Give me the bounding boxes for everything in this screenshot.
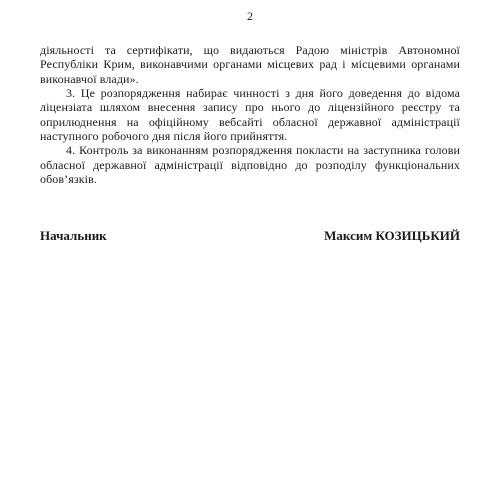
- text-line: виконавчої влади».: [40, 72, 460, 86]
- text-line: наступного робочого дня після його прийн…: [40, 129, 460, 143]
- text-line: 4. Контроль за виконанням розпорядження …: [40, 143, 460, 157]
- text-line: обов’язків.: [40, 172, 460, 186]
- document-body: діяльності та сертифікати, що видаються …: [40, 43, 460, 186]
- text-line: Республіки Крим, виконавчими органами мі…: [40, 57, 460, 71]
- signature-title: Начальник: [40, 228, 107, 243]
- page-number: 2: [40, 9, 460, 23]
- text-line: діяльності та сертифікати, що видаються …: [40, 43, 460, 57]
- text-line: обласної державної адміністрації відпові…: [40, 158, 460, 172]
- text-line: ліцензіата шляхом внесення запису про нь…: [40, 100, 460, 114]
- signature-block: Начальник Максим КОЗИЦЬКИЙ: [40, 228, 460, 243]
- text-line: оприлюднення на офіційному вебсайті обла…: [40, 115, 460, 129]
- document-page: 2 діяльності та сертифікати, що видаютьс…: [0, 0, 480, 498]
- text-line: 3. Це розпорядження набирає чинності з д…: [40, 86, 460, 100]
- signature-name: Максим КОЗИЦЬКИЙ: [324, 228, 460, 243]
